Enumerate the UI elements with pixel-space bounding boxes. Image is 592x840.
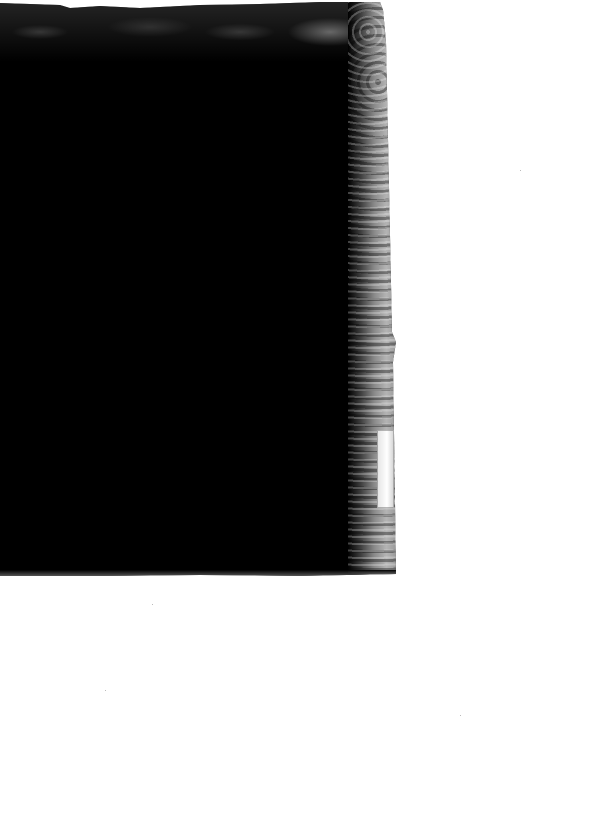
scan-speck (152, 604, 153, 605)
scan-speck (460, 715, 461, 716)
book-cover (0, 2, 396, 576)
scan-speck (520, 170, 521, 171)
cover-bottom-edge (0, 570, 396, 576)
cover-worn-top-edge (0, 2, 396, 62)
scanned-page (0, 0, 592, 840)
spine-label (377, 430, 394, 508)
scan-speck (105, 690, 106, 691)
